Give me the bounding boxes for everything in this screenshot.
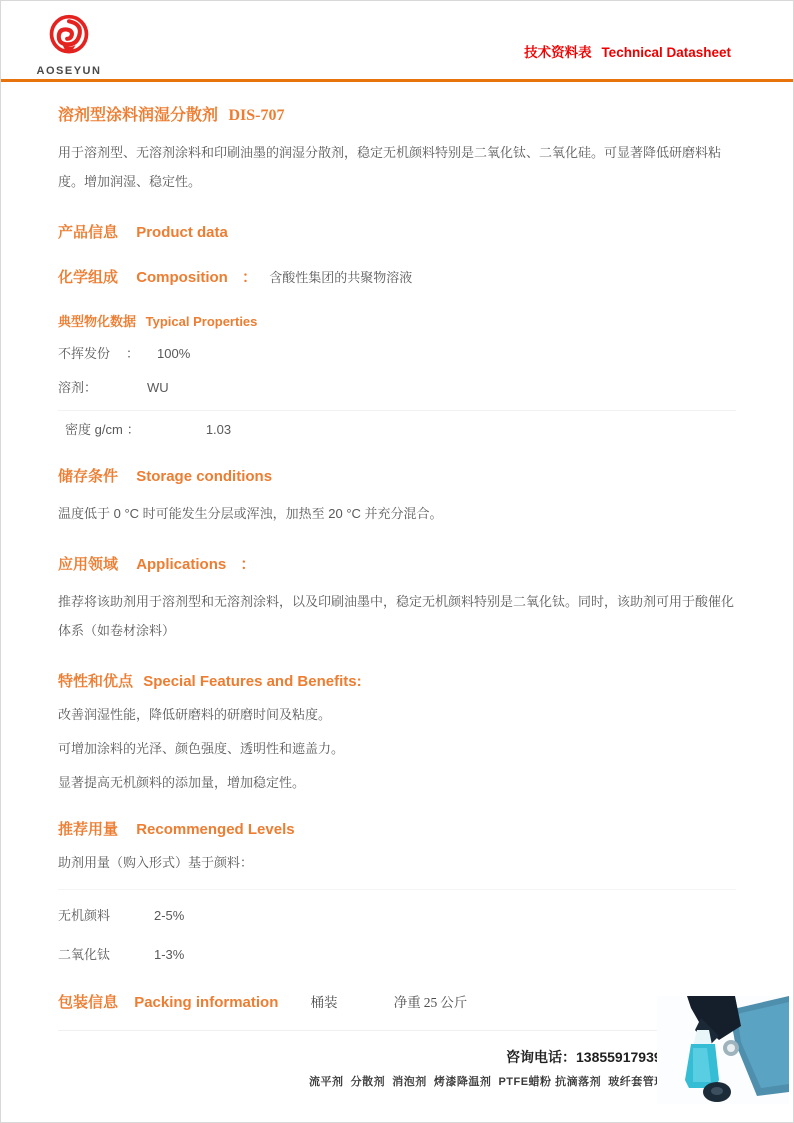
composition-row: 化学组成 Composition ： 含酸性集团的共聚物溶液 (58, 266, 736, 287)
storage-zh: 储存条件 (58, 468, 118, 485)
typical-properties-en: Typical Properties (146, 314, 258, 329)
property-row-nonvolatile: 不挥发份 ： 100% (58, 344, 736, 364)
packing-weight: 净重25公斤 (394, 995, 468, 1010)
lab-flask-photo-illustration (657, 996, 789, 1104)
product-code: DIS-707 (228, 107, 284, 124)
composition-value: 含酸性集团的共聚物溶液 (269, 270, 412, 285)
product-title-zh: 溶剂型涂料润湿分散剂 (58, 107, 218, 124)
intro-paragraph: 用于溶剂型、无溶剂涂料和印刷油墨的润湿分散剂，稳定无机颜料特别是二氧化钛、二氧化… (58, 138, 736, 196)
property-value: WU (147, 378, 169, 398)
section-recommended-levels: 推荐用量 Recommenged Levels (58, 818, 736, 839)
logo-wordmark: AOSEYUN (34, 65, 104, 77)
composition-label-zh: 化学组成 (58, 269, 118, 286)
section-product-data-zh: 产品信息 (58, 224, 118, 241)
dosage-row-inorganic: 无机颜料 2-5% (58, 889, 736, 926)
property-colon: ： (126, 344, 139, 364)
section-applications: 应用领域 Applications ： (58, 553, 736, 574)
feature-item: 显著提高无机颜料的添加量，增加稳定性。 (58, 773, 736, 793)
page-header: AOSEYUN 技术资料表 Technical Datasheet (1, 1, 793, 79)
features-en: Special Features and Benefits: (143, 673, 361, 690)
typical-properties-zh: 典型物化数据 (58, 314, 136, 329)
composition-colon: ： (242, 269, 257, 286)
property-row-density: 密度 g/cm ： 1.03 (58, 410, 736, 440)
dosage-value: 1-3% (154, 945, 184, 965)
recommended-zh: 推荐用量 (58, 821, 118, 838)
property-value: 100% (157, 344, 190, 364)
company-logo: AOSEYUN (34, 13, 104, 77)
datasheet-title-zh: 技术资料表 (524, 45, 592, 60)
section-typical-properties: 典型物化数据 Typical Properties (58, 311, 736, 330)
storage-text: 温度低于 0 °C 时可能发生分层或浑浊，加热至 20 °C 并充分混合。 (58, 499, 736, 528)
composition-label-en: Composition (136, 269, 228, 286)
property-label: 不挥发份 (58, 344, 110, 364)
datasheet-header-title: 技术资料表 Technical Datasheet (524, 41, 731, 61)
section-product-data: 产品信息 Product data (58, 221, 736, 242)
recommended-en: Recommenged Levels (136, 821, 294, 838)
property-label: 溶剂： (58, 378, 97, 398)
contact-phone: 咨询电话：13855917939 (506, 1047, 662, 1067)
document-body: 溶剂型涂料润湿分散剂 DIS-707 用于溶剂型、无溶剂涂料和印刷油墨的润湿分散… (1, 79, 793, 1031)
phoenix-swirl-logo-icon (40, 46, 98, 63)
section-storage: 储存条件 Storage conditions (58, 465, 736, 486)
applications-text: 推荐将该助剂用于溶剂型和无溶剂涂料，以及印刷油墨中，稳定无机颜料特别是二氧化钛。… (58, 587, 736, 645)
weight-unit: 公斤 (440, 995, 467, 1010)
section-product-data-en: Product data (136, 224, 228, 241)
phone-number: 13855917939 (576, 1049, 662, 1065)
dosage-label: 无机颜料 (58, 906, 154, 926)
weight-prefix: 净重 (394, 995, 421, 1010)
feature-item: 可增加涂料的光泽、颜色强度、透明性和遮盖力。 (58, 739, 736, 759)
storage-en: Storage conditions (136, 468, 272, 485)
applications-colon: ： (240, 556, 255, 573)
header-divider-rule (1, 79, 793, 82)
packing-en: Packing information (134, 994, 278, 1011)
phone-label: 咨询电话： (506, 1049, 576, 1065)
weight-number: 25 (424, 995, 438, 1010)
section-features: 特性和优点 Special Features and Benefits: (58, 670, 736, 691)
features-zh: 特性和优点 (58, 673, 133, 690)
dosage-label: 二氧化钛 (58, 945, 154, 965)
section-packing: 包装信息 Packing information 桶装 净重25公斤 (58, 991, 736, 1031)
dosage-value: 2-5% (154, 906, 184, 926)
feature-item: 改善润湿性能，降低研磨料的研磨时间及粘度。 (58, 705, 736, 725)
datasheet-page: AOSEYUN 技术资料表 Technical Datasheet 溶剂型涂料润… (0, 0, 794, 1123)
product-title: 溶剂型涂料润湿分散剂 DIS-707 (58, 102, 736, 125)
applications-en: Applications (136, 556, 226, 573)
property-row-solvent: 溶剂： WU (58, 378, 736, 398)
property-value: 1.03 (206, 420, 231, 440)
datasheet-title-en: Technical Datasheet (601, 45, 731, 60)
recommended-note: 助剂用量（购入形式）基于颜料： (58, 853, 736, 873)
packing-type: 桶装 (311, 995, 338, 1010)
property-label: 密度 g/cm (65, 420, 123, 440)
footer-lab-image (657, 996, 789, 1104)
packing-zh: 包装信息 (58, 994, 118, 1011)
property-colon: ： (127, 420, 140, 440)
dosage-row-tio2: 二氧化钛 1-3% (58, 945, 736, 965)
applications-zh: 应用领域 (58, 556, 118, 573)
